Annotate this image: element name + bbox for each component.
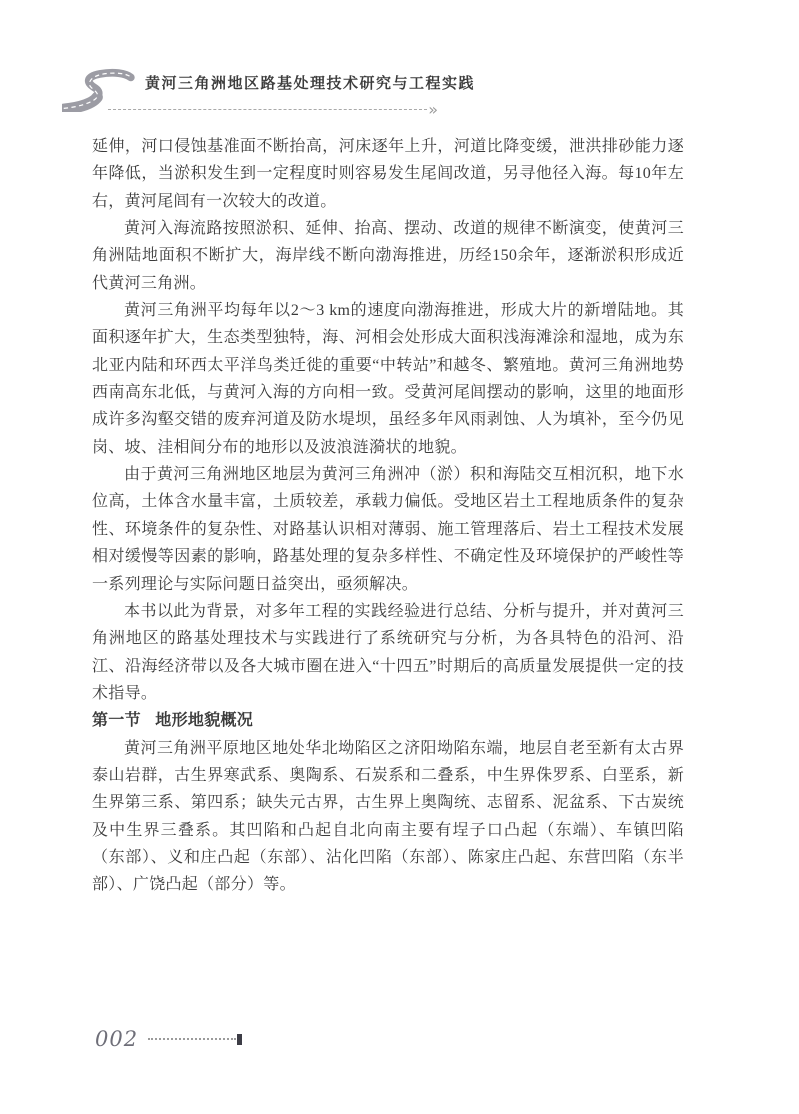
footer-dotted-line: [148, 1038, 236, 1040]
book-title: 黄河三角洲地区路基处理技术研究与工程实践: [145, 72, 475, 93]
footer-end-mark: [237, 1034, 242, 1045]
paragraph: 本书以此为背景，对多年工程的实践经验进行总结、分析与提升，并对黄河三角洲地区的路…: [92, 598, 684, 707]
page-header: 黄河三角洲地区路基处理技术研究与工程实践 »: [62, 58, 739, 118]
page-number: 002: [95, 1027, 138, 1051]
section-heading: 第一节地形地貌概况: [92, 707, 684, 734]
paragraph: 延伸，河口侵蚀基准面不断抬高，河床逐年上升，河道比降变缓，泄洪排砂能力逐年降低，…: [92, 133, 684, 215]
header-rule: »: [108, 101, 438, 117]
header-dashed-line: [108, 109, 427, 110]
paragraph: 黄河入海流路按照淤积、延伸、抬高、摆动、改道的规律不断演变，使黄河三角洲陆地面积…: [92, 215, 684, 297]
double-chevron-icon: »: [428, 102, 438, 118]
paragraph: 黄河三角洲平原地区地处华北坳陷区之济阳坳陷东端，地层自老至新有太古界泰山岩群，古…: [92, 735, 684, 899]
book-page: 黄河三角洲地区路基处理技术研究与工程实践 » 延伸，河口侵蚀基准面不断抬高，河床…: [0, 0, 799, 1114]
page-footer: 002: [95, 1027, 242, 1051]
page-content: 延伸，河口侵蚀基准面不断抬高，河床逐年上升，河道比降变缓，泄洪排砂能力逐年降低，…: [92, 133, 684, 899]
section-title: 地形地貌概况: [155, 712, 253, 729]
paragraph: 黄河三角洲平均每年以2～3 km的速度向渤海推进，形成大片的新增陆地。其面积逐年…: [92, 297, 684, 461]
paragraph: 由于黄河三角洲地区地层为黄河三角洲冲（淤）积和海陆交互相沉积，地下水位高，土体含…: [92, 461, 684, 598]
section-number: 第一节: [92, 712, 141, 729]
